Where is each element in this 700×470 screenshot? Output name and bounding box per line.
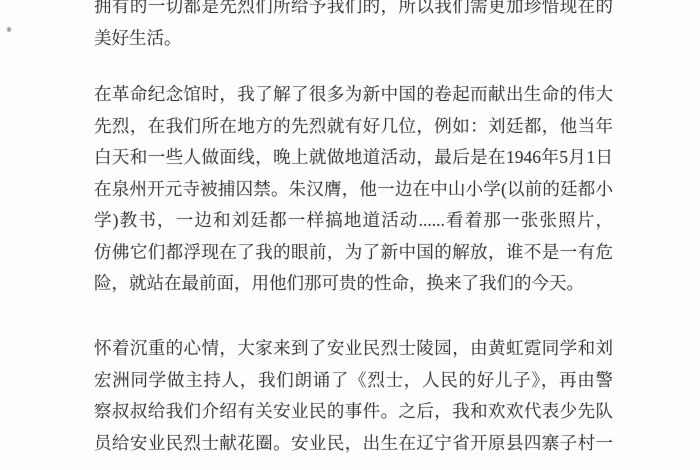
text-line: 在革命纪念馆时，我了解了很多为新中国的卷起而献出生命的伟大 xyxy=(94,79,613,111)
text-line: 先烈，在我们所在地方的先烈就有好几位，例如：刘廷都，他当年 xyxy=(94,111,613,143)
text-line: 在泉州开元寺被捕囚禁。朱汉膺，他一边在中山小学(以前的廷都小 xyxy=(94,174,613,206)
text-line: 察叔叔给我们介绍有关安业民的事件。之后，我和欢欢代表少先队 xyxy=(94,396,613,428)
paragraph-intro: 拥有的一切都是先烈们所给予我们的，所以我们需更加珍惜现在的美好生活。 xyxy=(94,0,613,54)
text-line: 白天和一些人做面线，晚上就做地道活动，最后是在1946年5月1日 xyxy=(94,142,613,174)
text-line: 宏洲同学做主持人，我们朗诵了《烈士，人民的好儿子》，再由警 xyxy=(94,365,613,397)
text-line: 美好生活。 xyxy=(94,23,613,55)
text-line: 拥有的一切都是先烈们所给予我们的，所以我们需更加珍惜现在的 xyxy=(94,0,613,23)
paragraph-memorial-hall: 在革命纪念馆时，我了解了很多为新中国的卷起而献出生命的伟大先烈，在我们所在地方的… xyxy=(94,79,613,300)
document-page: 拥有的一切都是先烈们所给予我们的，所以我们需更加珍惜现在的美好生活。 在革命纪念… xyxy=(0,0,700,470)
text-line: 员给安业民烈士献花圈。安业民，出生在辽宁省开原县四寨子村一 xyxy=(94,428,613,460)
text-line: 怀着沉重的心情，大家来到了安业民烈士陵园，由黄虹霓同学和刘 xyxy=(94,333,613,365)
scan-artifact-speck xyxy=(7,27,11,32)
paragraph-martyr-cemetery: 怀着沉重的心情，大家来到了安业民烈士陵园，由黄虹霓同学和刘宏洲同学做主持人，我们… xyxy=(94,333,613,459)
text-line: 仿佛它们都浮现在了我的眼前，为了新中国的解放，谁不是一有危 xyxy=(94,237,613,269)
text-line: 险，就站在最前面，用他们那可贵的性命，换来了我们的今天。 xyxy=(94,268,613,300)
text-line: 学)教书，一边和刘廷都一样搞地道活动......看着那一张张照片， xyxy=(94,205,613,237)
